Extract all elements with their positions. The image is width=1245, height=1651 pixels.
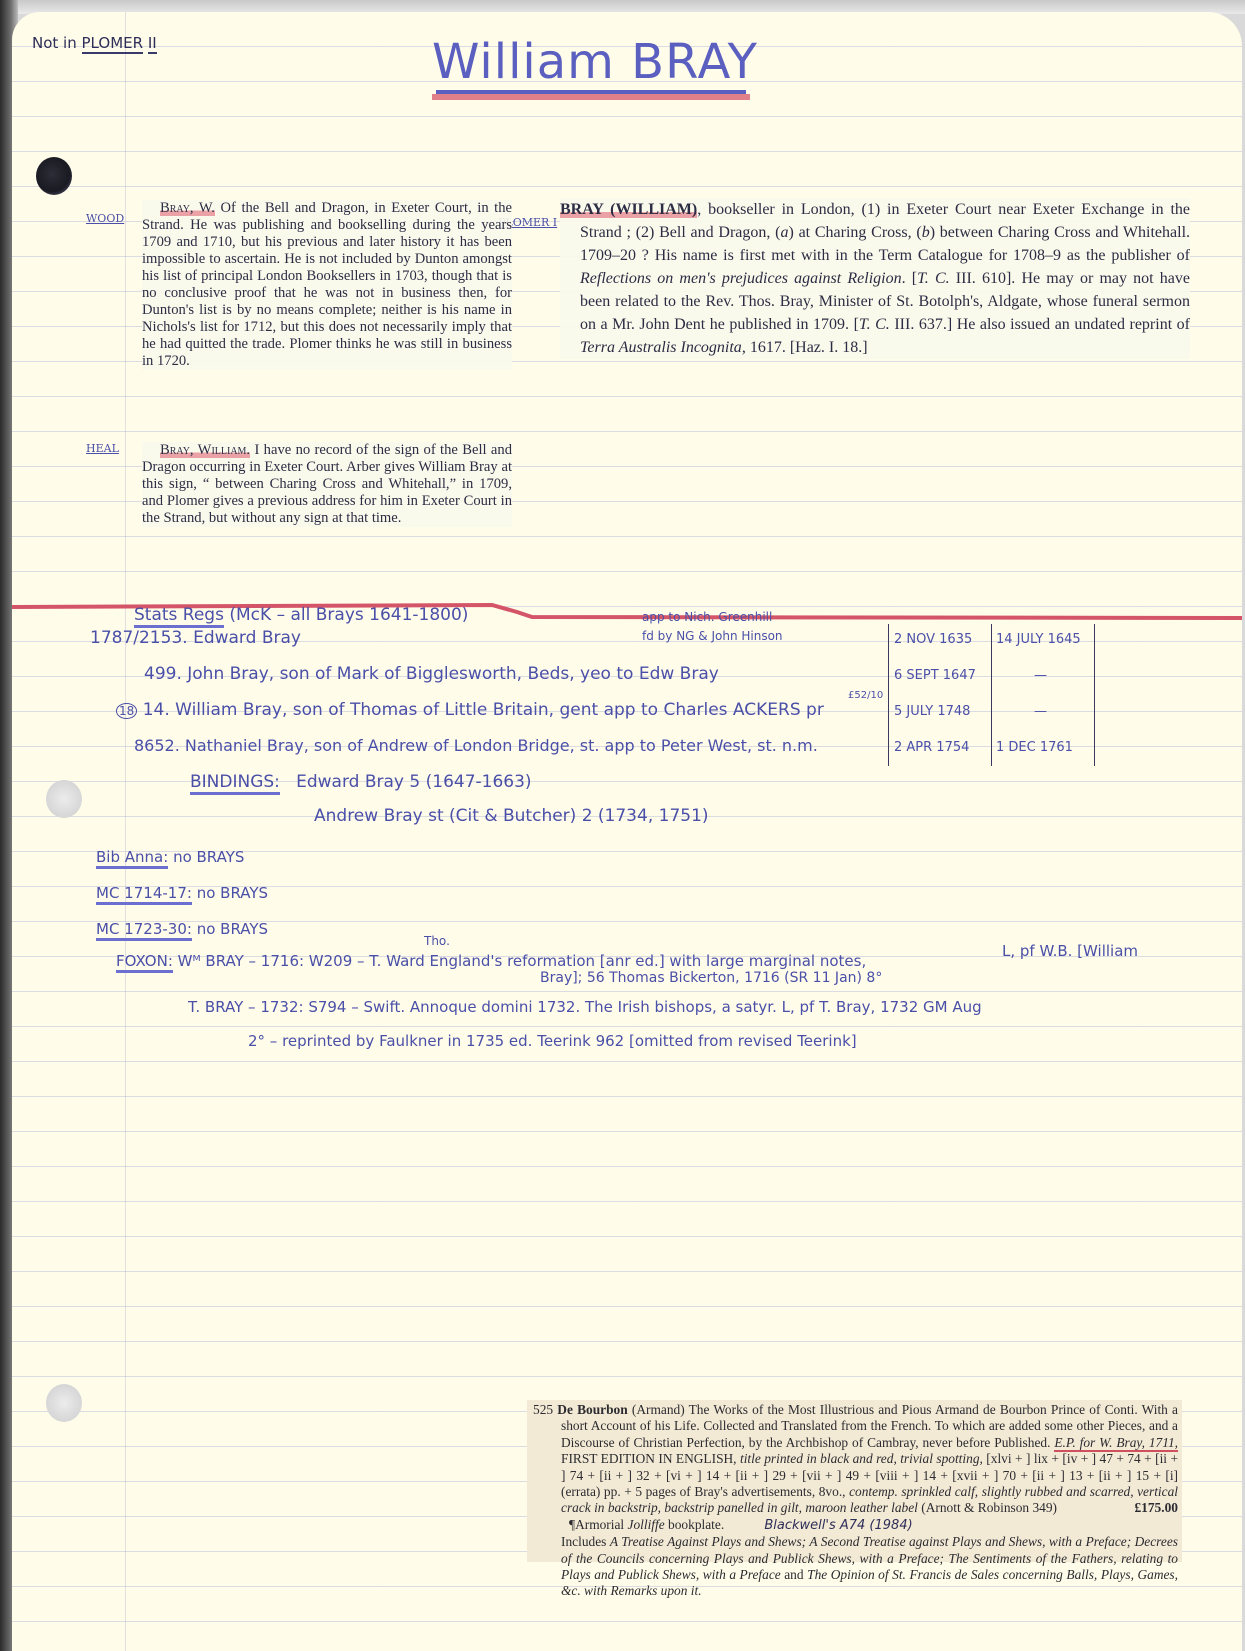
title-underline-red [432, 94, 750, 100]
wood-entry-name: Bray, W. [160, 200, 215, 216]
row-text: John Bray, son of Mark of Bigglesworth, … [187, 664, 719, 684]
punch-hole-bottom [46, 1384, 82, 1422]
row-circled-prefix: 18 [116, 703, 137, 719]
handwritten-source-note: Blackwell's A74 (1984) [764, 1518, 912, 1533]
table-divider-end [1094, 624, 1095, 766]
table-divider-bound [888, 624, 889, 766]
foxon-text: 2° – reprinted by Faulkner in 1735 ed. T… [248, 1032, 857, 1050]
row1-note-below: fd by NG & John Hinson [642, 629, 783, 643]
foxon-text: Wᴹ BRAY – 1716: W209 – T. Ward England's… [178, 952, 867, 970]
lot-bookplate: ¶Armorial [569, 1517, 628, 1532]
margin-line [125, 12, 126, 1651]
row3-fee-note: £52/10 [848, 690, 883, 701]
stats-row: 8652. Nathaniel Bray, son of Andrew of L… [134, 736, 818, 755]
row-ref: 14. [143, 700, 170, 720]
row-freed-date: 1 DEC 1761 [996, 740, 1073, 755]
stats-regs-title: Stats Regs [134, 605, 224, 628]
row1-note-above: app to Nich. Greenhill [642, 610, 772, 624]
plomer-text: III. 637.] He also issued an undated rep… [890, 316, 1190, 333]
source-line: MC 1714-17: no BRAYS [96, 884, 268, 902]
source-label: MC 1723-30: [96, 920, 192, 941]
plomer-text: T. C. [917, 270, 950, 287]
punch-hole-middle [46, 780, 82, 818]
foxon-text: Bray]; 56 Thomas Bickerton, 1716 (SR 11 … [540, 970, 882, 986]
stats-regs-heading: Stats Regs (McK – all Brays 1641-1800) [134, 605, 468, 625]
source-label: MC 1714-17: [96, 884, 192, 905]
heal-entry-name: Bray, William. [160, 442, 250, 458]
plomer-text: . [ [902, 270, 918, 287]
plomer-entry-clipping: BRAY (WILLIAM), bookseller in London, (1… [560, 198, 1190, 359]
stats-row: 18 14. William Bray, son of Thomas of Li… [116, 700, 824, 720]
top-note-ref: PLOMER [82, 34, 144, 54]
lot-imprint: E.P. for W. Bray, 1711, [1054, 1435, 1178, 1452]
row-bound-date: 2 APR 1754 [894, 740, 969, 755]
bindings-line: BINDINGS: Edward Bray 5 (1647-1663) [190, 772, 532, 792]
row-bound-date: 2 NOV 1635 [894, 632, 972, 647]
margin-tag-wood: WOOD [86, 212, 124, 225]
row-bound-date: 5 JULY 1748 [894, 704, 970, 719]
bindings-label: BINDINGS: [190, 772, 280, 795]
notebook-page: Not in PLOMER II William BRAY WOOD HEAL … [12, 12, 1242, 1651]
source-line: Bib Anna: no BRAYS [96, 848, 244, 866]
row-text: Nathaniel Bray, son of Andrew of London … [185, 736, 818, 755]
foxon-text: L, pf W.B. [William [1002, 942, 1138, 960]
row-freed-date: 14 JULY 1645 [996, 632, 1081, 647]
lot-condition: title printed in black and red, trivial … [740, 1451, 983, 1466]
heal-entry-clipping: Bray, William. I have no record of the s… [142, 442, 512, 527]
plomer-text: T. C. [859, 316, 890, 333]
source-value: no BRAYS [197, 920, 268, 938]
foxon-label: FOXON: [116, 952, 173, 973]
title-underline-blue [436, 90, 746, 94]
lot-edition: FIRST EDITION IN ENGLISH, [561, 1451, 740, 1466]
row-bound-date: 6 SEPT 1647 [894, 668, 976, 683]
lot-price: £175.00 [1162, 1500, 1178, 1516]
stats-row: 499. John Bray, son of Mark of Biggleswo… [144, 664, 719, 684]
foxon-text: T. BRAY – 1732: S794 – Swift. Annoque do… [188, 998, 982, 1016]
lot-reference: (Arnott & Robinson 349) [918, 1500, 1057, 1515]
lot-bookplate: bookplate. [665, 1517, 725, 1532]
plomer-text: , 1617. [Haz. I. 18.] [742, 339, 868, 356]
lot-includes: and [781, 1567, 807, 1582]
catalogue-clipping: 525 De Bourbon (Armand) The Works of the… [527, 1400, 1182, 1562]
row-ref: 1787/2153. [90, 628, 188, 648]
row-text: William Bray, son of Thomas of Little Br… [175, 700, 824, 720]
top-note-text: Not in [32, 34, 77, 52]
margin-tag-heal: HEAL [86, 442, 119, 455]
top-note-vol: II [148, 34, 157, 54]
page-title: William BRAY [432, 34, 758, 90]
stats-regs-note: (McK – all Brays 1641-1800) [229, 605, 468, 625]
top-note: Not in PLOMER II [32, 34, 157, 52]
row-freed-date: — [1034, 668, 1047, 683]
wood-entry-clipping: Bray, W. Of the Bell and Dragon, in Exet… [142, 200, 512, 370]
lot-bookplate: Jolliffe [628, 1517, 665, 1532]
row-text: Edward Bray [193, 628, 301, 648]
row-ref: 499. [144, 664, 182, 684]
punch-hole-top [36, 157, 72, 195]
plomer-entry-name: BRAY (WILLIAM) [560, 201, 697, 218]
plomer-text: b [922, 224, 930, 241]
binding-entry: Edward Bray 5 (1647-1663) [296, 772, 531, 792]
foxon-line-1: FOXON: Wᴹ BRAY – 1716: W209 – T. Ward En… [116, 952, 866, 970]
lot-includes: Includes [561, 1534, 610, 1549]
plomer-title-italic: Terra Australis Incognita [580, 339, 742, 356]
plomer-title-italic: Reflections on men's prejudices against … [580, 270, 902, 287]
source-value: no BRAYS [173, 848, 244, 866]
row-ref: 8652. [134, 736, 180, 755]
wood-entry-text: Of the Bell and Dragon, in Exeter Court,… [142, 200, 512, 369]
row-freed-date: — [1034, 704, 1047, 719]
foxon-insertion: Tho. [424, 934, 450, 948]
source-line: MC 1723-30: no BRAYS [96, 920, 268, 938]
plomer-text: ) at Charing Cross, ( [788, 224, 921, 241]
source-label: Bib Anna: [96, 848, 168, 869]
lot-number: 525 [533, 1402, 553, 1417]
lot-author: De Bourbon [557, 1402, 627, 1417]
table-divider-freed [991, 624, 992, 766]
binding-entry: Andrew Bray st (Cit & Butcher) 2 (1734, … [314, 806, 709, 826]
stats-row: 1787/2153. Edward Bray [90, 628, 301, 648]
source-value: no BRAYS [197, 884, 268, 902]
